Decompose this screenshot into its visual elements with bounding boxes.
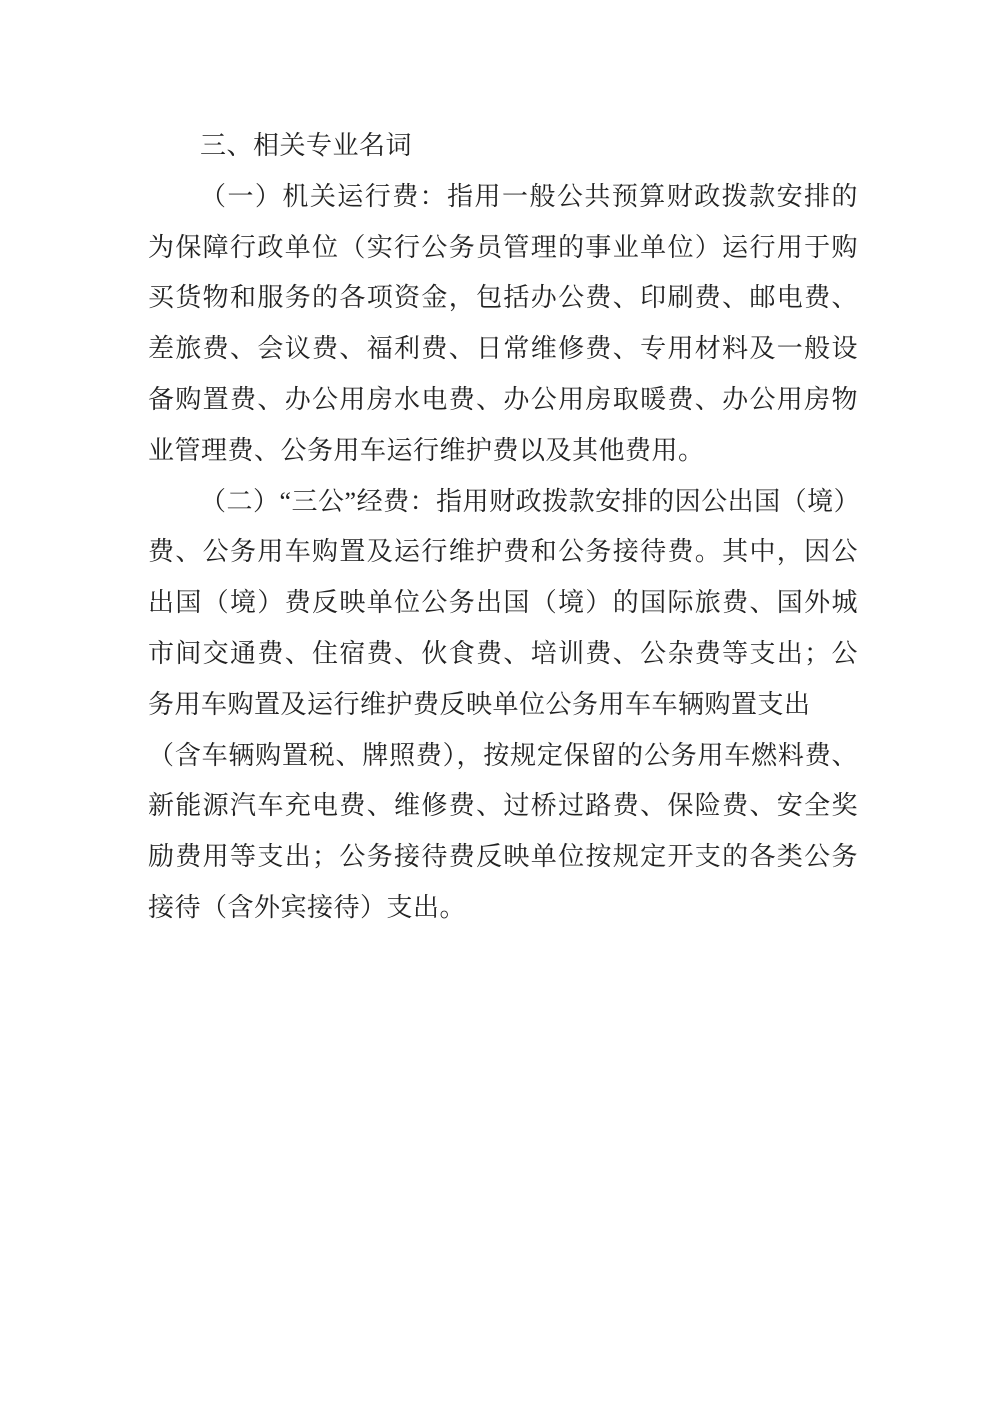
text-line: （含车辆购置税、牌照费），按规定保留的公务用车燃料费、 — [148, 731, 858, 782]
text-line: 费、公务用车购置及运行维护费和公务接待费。其中，因公 — [148, 527, 858, 578]
text-line: 励费用等支出；公务接待费反映单位按规定开支的各类公务 — [148, 832, 858, 883]
document-body: 三、相关专业名词 （一）机关运行费：指用一般公共预算财政拨款安排的 为保障行政单… — [148, 121, 858, 934]
text-line: 出国（境）费反映单位公务出国（境）的国际旅费、国外城 — [148, 578, 858, 629]
text-line: 差旅费、会议费、福利费、日常维修费、专用材料及一般设 — [148, 324, 858, 375]
section-heading: 三、相关专业名词 — [148, 121, 858, 172]
text-line: 为保障行政单位（实行公务员管理的事业单位）运行用于购 — [148, 223, 858, 274]
text-line: 买货物和服务的各项资金，包括办公费、印刷费、邮电费、 — [148, 273, 858, 324]
text-line: 务用车购置及运行维护费反映单位公务用车车辆购置支出 — [148, 680, 858, 731]
text-line: （二）“三公”经费：指用财政拨款安排的因公出国（境） — [148, 477, 858, 528]
text-line: 备购置费、办公用房水电费、办公用房取暖费、办公用房物 — [148, 375, 858, 426]
text-line: 业管理费、公务用车运行维护费以及其他费用。 — [148, 426, 858, 477]
text-line: 新能源汽车充电费、维修费、过桥过路费、保险费、安全奖 — [148, 781, 858, 832]
text-line: 市间交通费、住宿费、伙食费、培训费、公杂费等支出；公 — [148, 629, 858, 680]
text-line: （一）机关运行费：指用一般公共预算财政拨款安排的 — [148, 172, 858, 223]
text-line: 接待（含外宾接待）支出。 — [148, 883, 858, 934]
document-page: 三、相关专业名词 （一）机关运行费：指用一般公共预算财政拨款安排的 为保障行政单… — [0, 0, 999, 1414]
